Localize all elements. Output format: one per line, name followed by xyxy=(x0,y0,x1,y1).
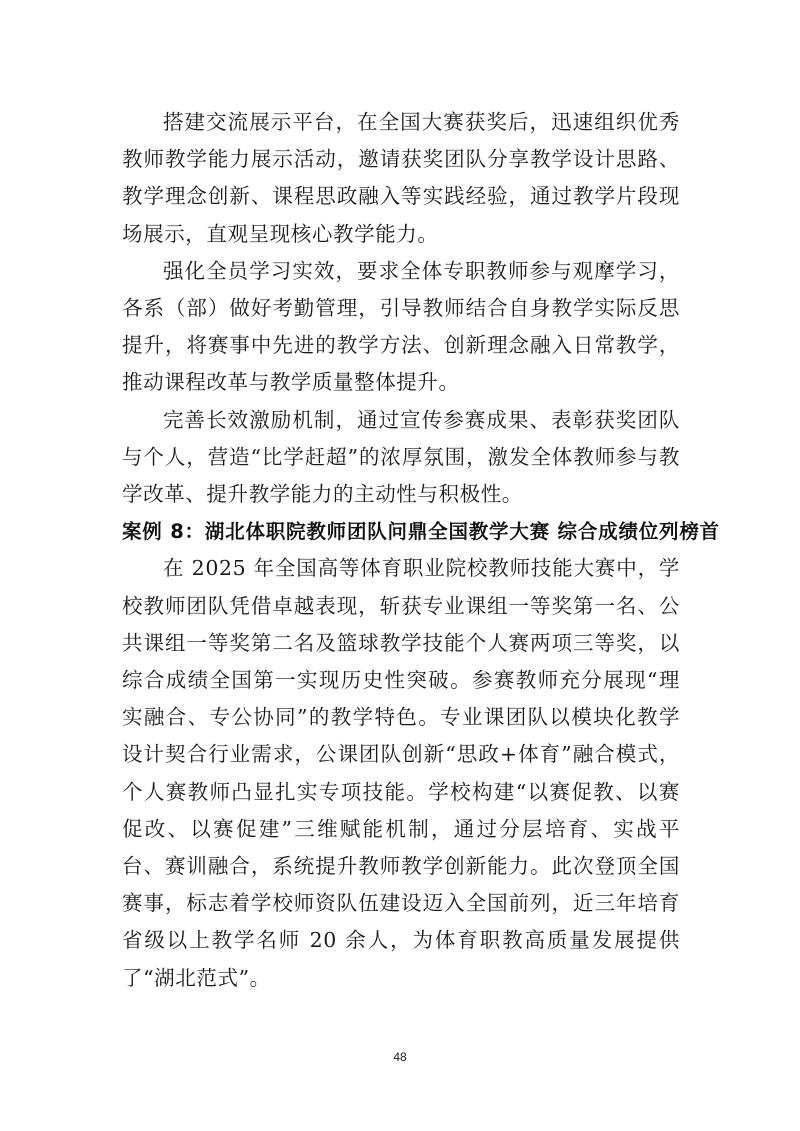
page-number: 48 xyxy=(0,1050,800,1064)
document-page-body: 搭建交流展示平台，在全国大赛获奖后，迅速组织优秀教师教学能力展示活动，邀请获奖团… xyxy=(122,104,680,997)
case-8-paragraph: 在 2025 年全国高等体育职业院校教师技能大赛中，学校教师团队凭借卓越表现，斩… xyxy=(122,550,680,996)
paragraph-learning-effectiveness: 强化全员学习实效，要求全体专职教师参与观摩学习，各系（部）做好考勤管理，引导教师… xyxy=(122,253,680,402)
paragraph-incentive-mechanism: 完善长效激励机制，通过宣传参赛成果、表彰获奖团队与个人，营造“比学赶超”的浓厚氛… xyxy=(122,402,680,514)
case-8-heading: 案例 8：湖北体职院教师团队问鼎全国教学大赛 综合成绩位列榜首 xyxy=(122,513,680,550)
paragraph-exchange-platform: 搭建交流展示平台，在全国大赛获奖后，迅速组织优秀教师教学能力展示活动，邀请获奖团… xyxy=(122,104,680,253)
